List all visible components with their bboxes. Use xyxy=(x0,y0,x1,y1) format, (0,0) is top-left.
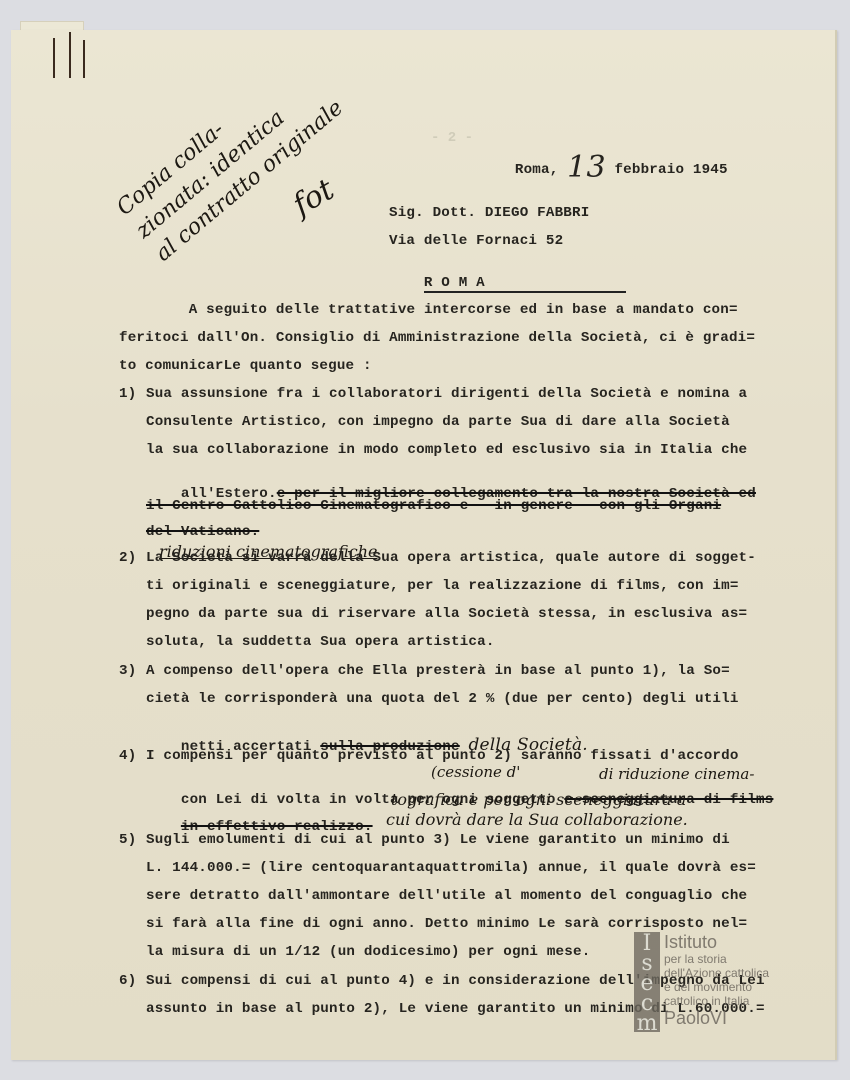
point-3-line-1: A compenso dell'opera che Ella presterà … xyxy=(146,663,730,679)
point-6-number: 6) xyxy=(119,973,136,989)
intro-line-1: A seguito delle trattative intercorse ed… xyxy=(119,302,738,318)
point-2-line-1: La Società si varrà della Sua opera arti… xyxy=(146,550,756,566)
date-prefix: Roma, xyxy=(515,162,559,178)
date-day-handwritten: 13 xyxy=(567,150,606,185)
point-5-number: 5) xyxy=(119,832,136,848)
point-4-number: 4) xyxy=(119,748,136,764)
point-1-struck-2: il Centro Cattolico Cinematografico e - … xyxy=(146,498,721,514)
isecm-logo-mark: Isecm xyxy=(634,932,660,1032)
point-4-hw-4: cui dovrà dare la Sua collaborazione. xyxy=(386,810,688,829)
point-2-number: 2) xyxy=(119,550,136,566)
handwritten-certification-note: Copia colla- zionata: identica al contra… xyxy=(111,48,350,269)
showthrough-page-number: - 2 - xyxy=(431,130,473,146)
date-month-year: febbraio 1945 xyxy=(614,162,727,178)
institute-line-5: cattolico in Italia xyxy=(664,994,769,1008)
intro-line-2: feritoci dall'On. Consiglio di Amministr… xyxy=(119,330,755,346)
point-4-hw-3: tografica e per ogni sceneggiatura a xyxy=(391,790,686,809)
date-line: Roma, 13 febbraio 1945 xyxy=(480,130,728,197)
point-5-line-4: si farà alla fine di ogni anno. Detto mi… xyxy=(146,916,747,932)
point-2-line-2: ti originali e sceneggiature, per la rea… xyxy=(146,578,739,594)
point-5-line-3: sere detratto dall'ammontare dell'utile … xyxy=(146,888,747,904)
institute-line-4: e del movimento xyxy=(664,980,769,994)
margin-mark-3 xyxy=(83,40,85,78)
point-5-line-1: Sugli emolumenti di cui al punto 3) Le v… xyxy=(146,832,730,848)
institute-line-1: Istituto xyxy=(664,932,769,952)
point-5-line-5: la misura di un 1/12 (un dodicesimo) per… xyxy=(146,944,590,960)
institute-line-6: PaoloVI xyxy=(664,1008,769,1028)
point-1-line-3: la sua collaborazione in modo completo e… xyxy=(146,442,747,458)
point-1-struck-3: del Vaticano. xyxy=(146,524,259,540)
point-2-line-3: pegno da parte sua di riservare alla Soc… xyxy=(146,606,747,622)
point-1-number: 1) xyxy=(119,386,136,402)
addressee-street: Via delle Fornaci 52 xyxy=(389,233,563,249)
institute-line-3: dell'Azione cattolica xyxy=(664,966,769,980)
point-1-line-2: Consulente Artistico, con impegno da par… xyxy=(146,414,730,430)
point-5-line-2: L. 144.000.= (lire centoquarantaquattrom… xyxy=(146,860,756,876)
margin-mark-2 xyxy=(69,32,71,78)
point-3-line-2: cietà le corrisponderà una quota del 2 %… xyxy=(146,691,739,707)
document-page: - 2 - Copia colla- zionata: identica al … xyxy=(11,30,837,1060)
intro-line-3: to comunicarLe quanto segue : xyxy=(119,358,372,374)
point-2-line-4: soluta, la suddetta Sua opera artistica. xyxy=(146,634,495,650)
point-3-number: 3) xyxy=(119,663,136,679)
addressee-name: Sig. Dott. DIEGO FABBRI xyxy=(389,205,589,221)
institute-name: Istituto per la storia dell'Azione catto… xyxy=(664,932,769,1028)
point-4-line-1: I compensi per quanto previsto al punto … xyxy=(146,748,739,764)
archive-watermark-logo: Isecm Istituto per la storia dell'Azione… xyxy=(634,932,794,1032)
institute-line-2: per la storia xyxy=(664,952,769,966)
city-underlined: R O M A xyxy=(424,275,626,293)
margin-mark-1 xyxy=(53,38,55,78)
point-1-line-1: Sua assunsione fra i collaboratori dirig… xyxy=(146,386,747,402)
handwritten-initials: fot xyxy=(287,172,340,223)
